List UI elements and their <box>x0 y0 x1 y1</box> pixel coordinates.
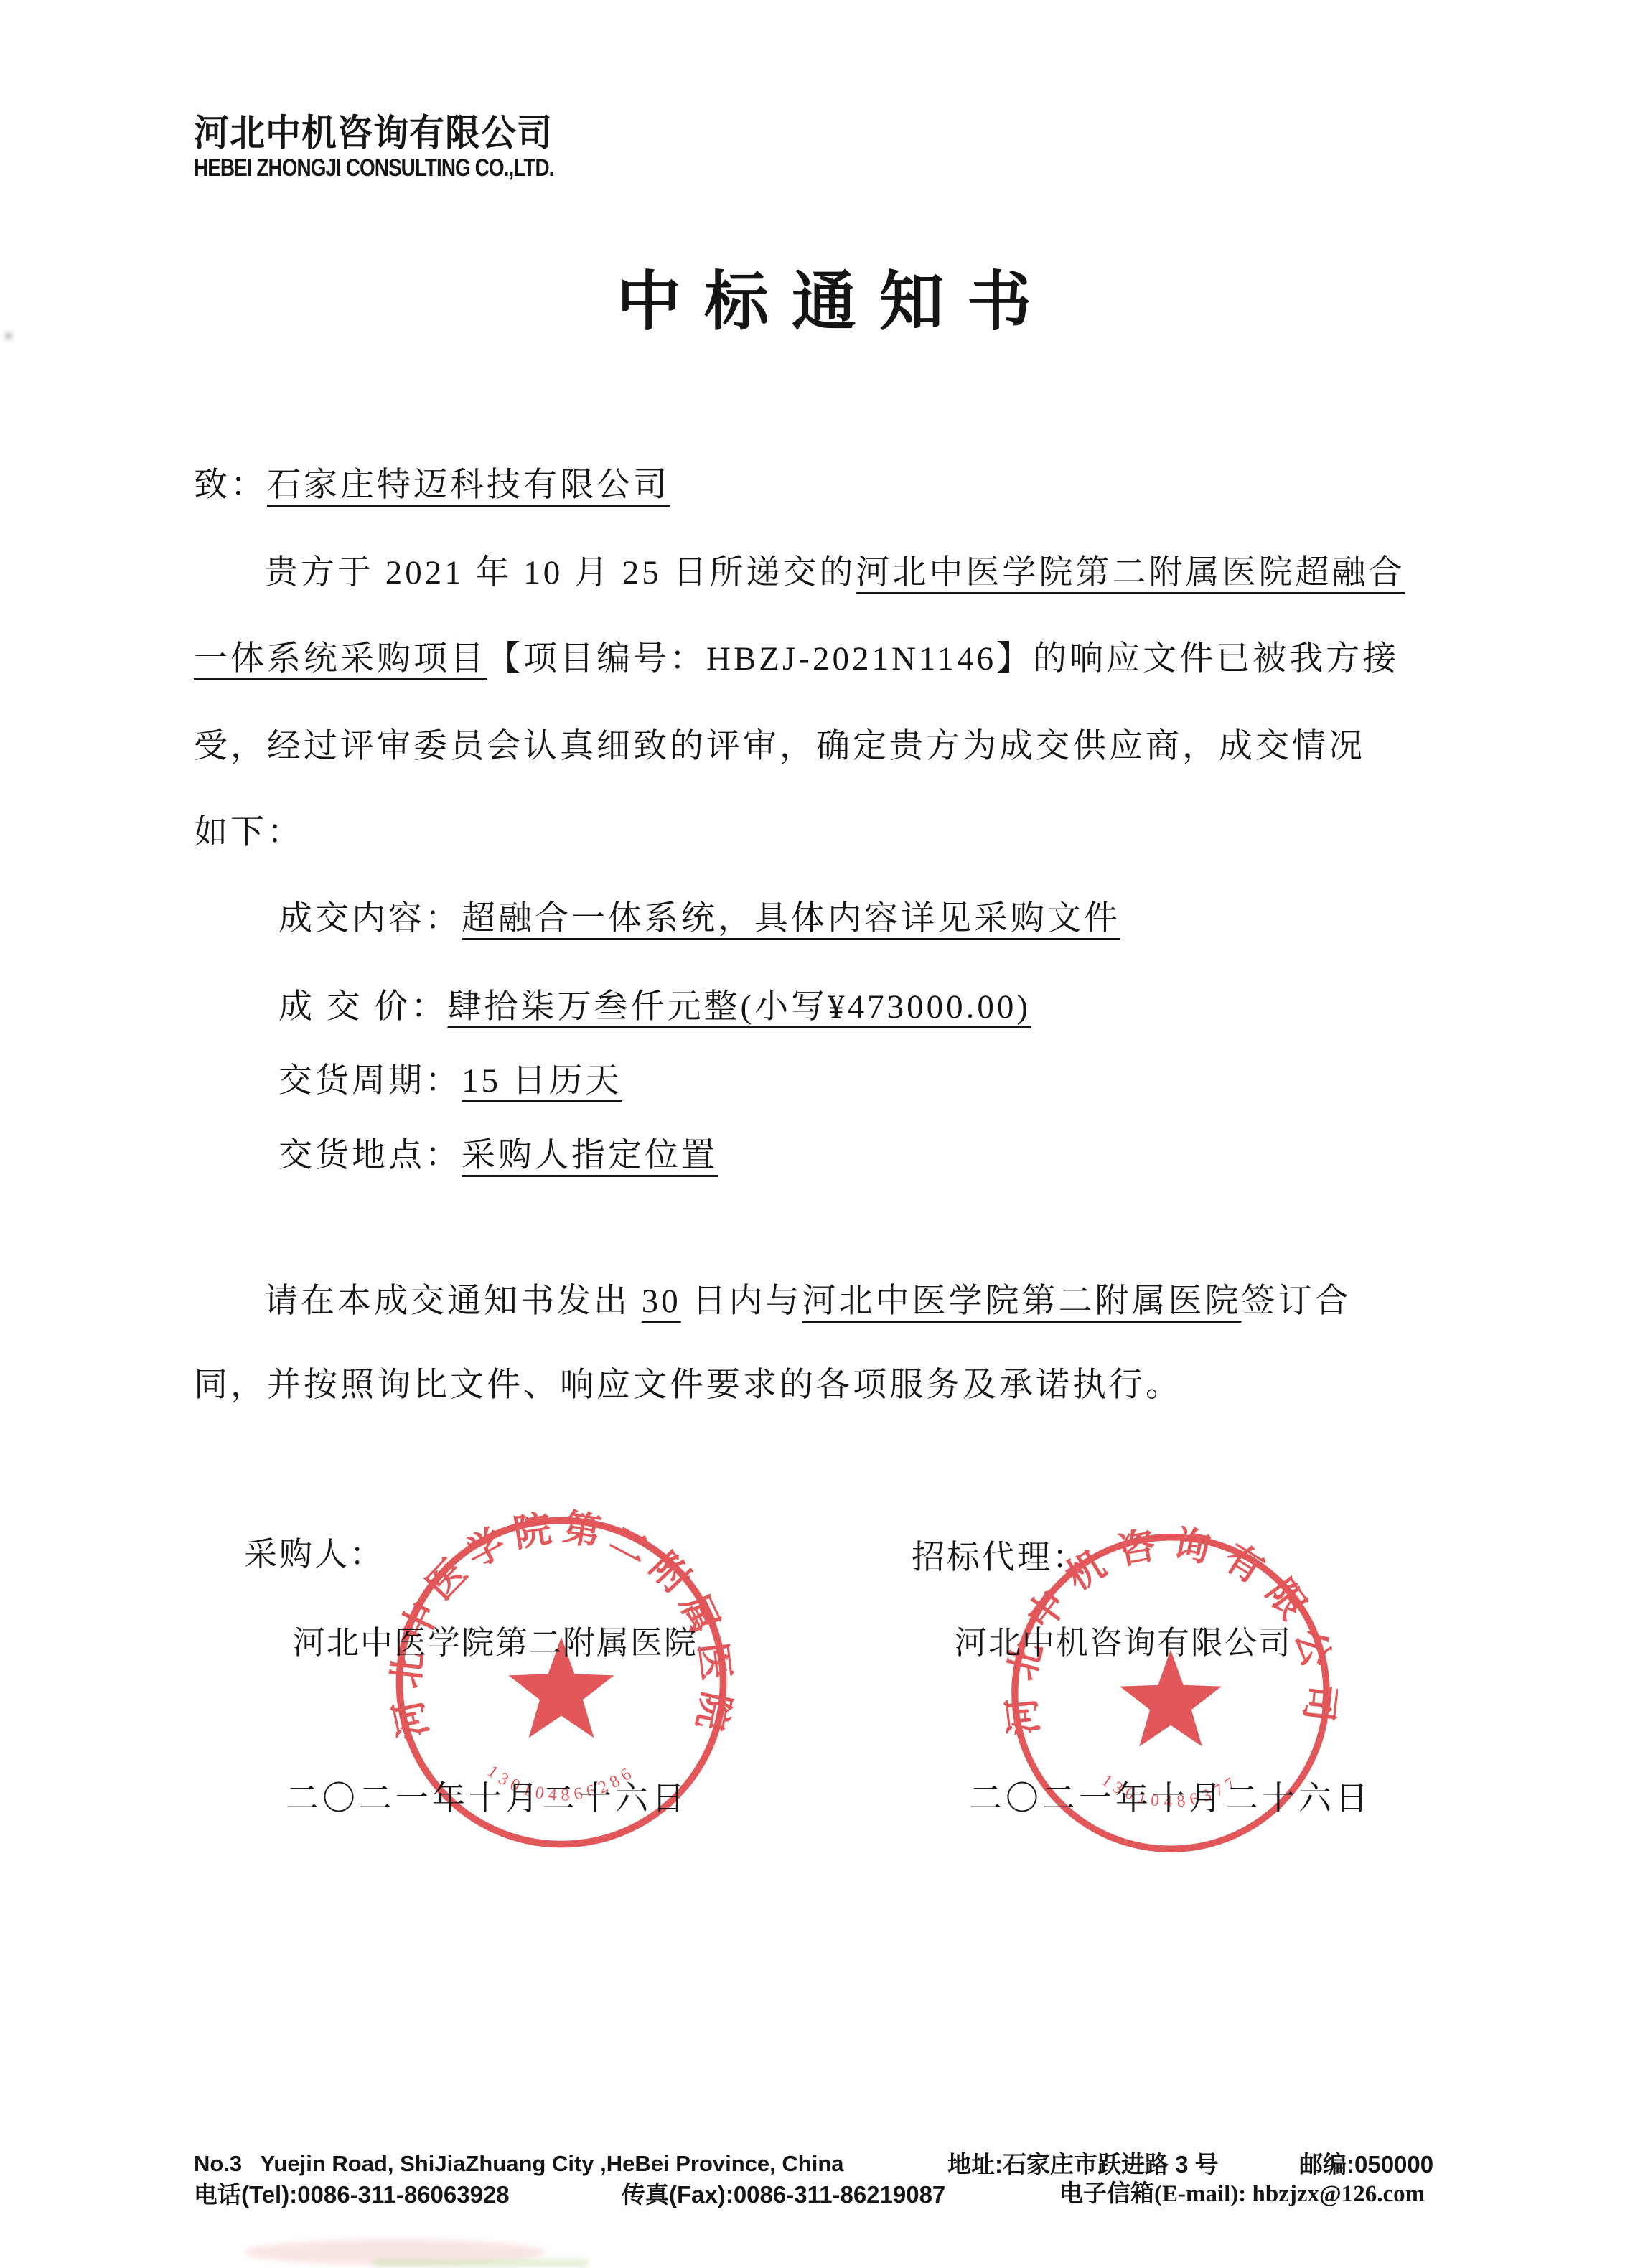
deal-content-label: 成交内容： <box>278 900 462 937</box>
delivery-period-value: 15 日历天 <box>462 1062 622 1100</box>
delivery-place-label: 交货地点： <box>278 1137 462 1174</box>
agency-name: 河北中机咨询有限公司 <box>955 1623 1292 1662</box>
deal-price-label: 成 交 价： <box>278 988 448 1026</box>
purchaser-name: 河北中医学院第二附属医院 <box>293 1623 698 1662</box>
purchaser-date: 二〇二一年十月二十六日 <box>286 1779 688 1818</box>
paragraph1-line3: 受，经过评审委员会认真细致的评审，确定贵方为成交供应商，成交情况 <box>194 726 1365 767</box>
recipient-line: 致：石家庄特迈科技有限公司 <box>194 465 670 505</box>
delivery-place-value: 采购人指定位置 <box>462 1137 718 1174</box>
footer-address-en: No.3 Yuejin Road, ShiJiaZhuang City ,HeB… <box>194 2150 844 2177</box>
paragraph1-line1: 贵方于 2021 年 10 月 25 日所递交的河北中医学院第二附属医院超融合 <box>264 553 1405 593</box>
paragraph1-line2: 一体系统采购项目【项目编号：HBZJ-2021N1146】的响应文件已被我方接 <box>194 639 1399 679</box>
p2-l1-text-a: 请在本成交通知书发出 <box>264 1283 642 1320</box>
seal-star-icon <box>1120 1649 1222 1746</box>
delivery-place-row: 交货地点：采购人指定位置 <box>278 1135 718 1176</box>
p2-l1-text-c: 签订合 <box>1242 1283 1352 1320</box>
paragraph1-line4: 如下： <box>194 812 304 853</box>
p2-l1-text-b: 日内与 <box>681 1283 802 1320</box>
deal-content-value: 超融合一体系统，具体内容详见采购文件 <box>462 900 1120 937</box>
document-page: 河北中机咨询有限公司 HEBEI ZHONGJI CONSULTING CO.,… <box>0 0 1648 2268</box>
p1-l1-text: 贵方于 2021 年 10 月 25 日所递交的 <box>264 554 856 591</box>
deal-price-row: 成 交 价：肆拾柒万叁仟元整(小写¥473000.00) <box>278 987 1031 1027</box>
scan-artifact-dot <box>6 333 11 339</box>
footer-email: 电子信箱(E-mail): hbzjzx@126.com <box>1059 2180 1425 2209</box>
recipient-name: 石家庄特迈科技有限公司 <box>267 467 670 504</box>
recipient-label: 致： <box>194 467 267 504</box>
purchaser-role-label: 采购人： <box>244 1534 385 1574</box>
p1-l2-text: 【项目编号：HBZJ-2021N1146】的响应文件已被我方接 <box>487 640 1399 678</box>
footer-address-cn: 地址:石家庄市跃进路 3 号 <box>947 2150 1219 2179</box>
delivery-period-label: 交货周期： <box>278 1062 462 1100</box>
delivery-period-row: 交货周期：15 日历天 <box>278 1061 622 1101</box>
footer-fax: 传真(Fax):0086-311-86219087 <box>622 2180 945 2209</box>
p1-l2-underlined: 一体系统采购项目 <box>194 640 487 678</box>
p2-l1-hospital: 河北中医学院第二附属医院 <box>802 1283 1242 1320</box>
paragraph2-line1: 请在本成交通知书发出 30 日内与河北中医学院第二附属医院签订合 <box>264 1281 1352 1321</box>
agency-role-label: 招标代理： <box>912 1537 1087 1577</box>
company-logo-english: HEBEI ZHONGJI CONSULTING CO.,LTD. <box>194 154 553 183</box>
deal-content-row: 成交内容：超融合一体系统，具体内容详见采购文件 <box>278 899 1120 939</box>
scan-artifact-strip <box>373 2259 589 2267</box>
p1-l1-underlined: 河北中医学院第二附属医院超融合 <box>856 554 1405 591</box>
paragraph2-line2: 同，并按照询比文件、响应文件要求的各项服务及承诺执行。 <box>194 1365 1182 1405</box>
footer-tel: 电话(Tel):0086-311-86063928 <box>194 2180 510 2209</box>
footer-postcode: 邮编:050000 <box>1299 2150 1433 2179</box>
document-title: 中标通知书 <box>0 264 1648 342</box>
agency-date: 二〇二一年十月二十六日 <box>969 1779 1372 1818</box>
deal-price-value: 肆拾柒万叁仟元整(小写¥473000.00) <box>448 988 1031 1026</box>
company-logo-chinese: 河北中机咨询有限公司 <box>194 112 553 156</box>
p2-l1-days: 30 <box>642 1283 681 1320</box>
